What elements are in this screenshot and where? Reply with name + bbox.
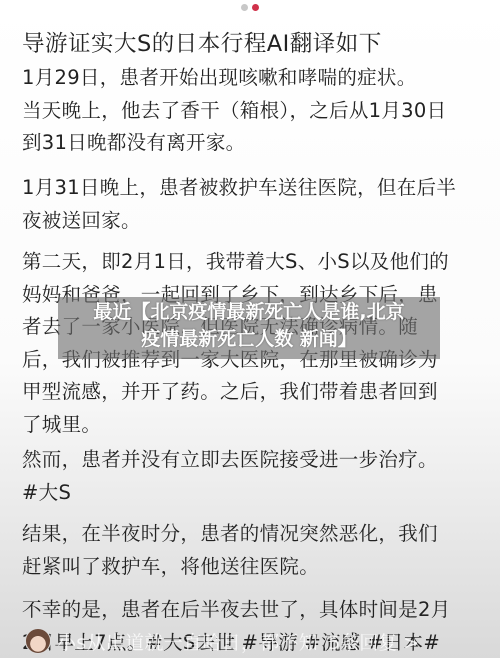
page-dot-1[interactable]	[241, 4, 248, 11]
paragraph-1: 1月29日，患者开始出现咳嗽和哮喘的症状。 当天晚上，他去了香干（箱根），之后从…	[22, 62, 446, 160]
hashtag-da-s[interactable]: #大S	[22, 477, 438, 510]
headline-overlay: 最近【北京疫情最新死亡人是谁,北京 疫情最新死亡人数 新闻】	[58, 299, 440, 353]
image-pager	[0, 0, 500, 14]
paragraph-4: 然而，患者并没有立即去医院接受进一步治疗。 #大S	[22, 444, 438, 509]
post-title: 导游证实大S的日本行程AI翻译如下	[22, 26, 382, 58]
overlay-line-1: 最近【北京疫情最新死亡人是谁,北京	[58, 299, 440, 326]
floating-comment[interactable]: 小s从出道就一直哈日，都不知 5条回复 >	[25, 626, 419, 656]
paragraph-5: 结果，在半夜时分，患者的情况突然恶化，我们 赶紧叫了救护车，将他送往医院。	[22, 518, 438, 583]
overlay-line-2: 疫情最新死亡人数 新闻】	[58, 326, 440, 353]
paragraph-2: 1月31日晚上，患者被救护车送往医院，但在后半 夜被送回家。	[22, 172, 456, 237]
comment-text: 小s从出道就一直哈日，都不知	[57, 628, 318, 655]
replies-link[interactable]: 5条回复 >	[328, 628, 419, 655]
avatar[interactable]	[25, 628, 51, 654]
page-dot-2[interactable]	[252, 4, 259, 11]
